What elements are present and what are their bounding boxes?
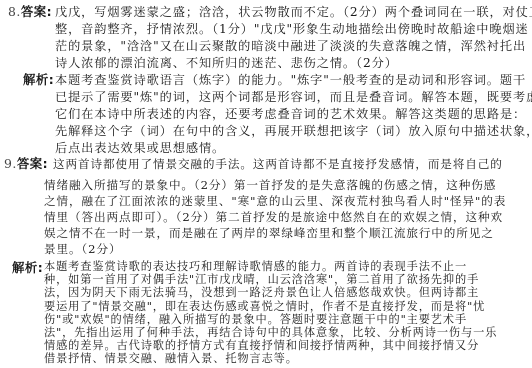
q8-analysis-line-1: 本题考查鉴赏诗歌语言（炼字）的能力。"炼字"一般考查的是动词和形容词。题干: [55, 72, 526, 88]
q9-analysis-line-2: 种，如第一首用了对偶手法"江市戊戊晴，山云浛浛寒"，第二首用了欲扬先抑的手: [44, 273, 479, 286]
q8-number: 8.: [8, 4, 21, 19]
q9-analysis-line-7: 情感的差异。古代诗歌的抒情方式有直接抒情和间接抒情两种，其中间接抒情又分: [44, 339, 479, 352]
q8-analysis-line-5: 后点出表达效果或思想感情。: [55, 140, 225, 156]
q8-answer-line-1: 戊戊，写烟雾迷蒙之盛；浛浛，状云物散而不定。（2分）两个叠词同在一联，对仗工: [55, 4, 532, 20]
answer-key-page: 8.答案: 戊戊，写烟雾迷蒙之盛；浛浛，状云物散而不定。（2分）两个叠词同在一联…: [0, 0, 532, 368]
q9-number: 9.: [4, 156, 17, 171]
q8-answer-line-2: 整，音韵整齐，抒情浓烈。（1分）"戊戊"形象生动地描绘出傍晚时故船途中晚烟迷: [55, 21, 529, 37]
q9-answer-line-5: 娱之情不在一时一景，而是融在了两岸的翠绿峰峦里和整个顺江流旅行中的所见之: [44, 225, 494, 241]
q8-answer-line-4: 诗人浓郁的漂泊流离、不知所归的迷茫、悲伤之情。（2分）: [55, 55, 398, 71]
q9-analysis-label: 解析:: [12, 260, 43, 276]
q8-analysis-label: 解析:: [23, 72, 54, 88]
q9-analysis-line-1: 本题考查鉴赏诗歌的表达技巧和理解诗歌情感的能力。两首诗的表现手法不止一: [44, 260, 467, 273]
q8-analysis-line-4: 先解释这个字（词）在句中的含义，再展开联想把该字（词）放入原句中描述状象，然: [55, 123, 532, 139]
q9-analysis-line-6: 法"，先指出运用了何种手法，再结合诗句中的具体意象，比较、分析两诗一伤与一乐: [44, 326, 497, 339]
q9-answer-line-2: 情绪融入所描写的景象中。（2分）第一首抒发的是失意落魄的伤感之情，这种伤感: [44, 177, 496, 193]
q8-analysis-line-2: 已提示了需要"炼"的词，这两个词都是形容词，而且是叠音词。解答本题，既要考虑: [55, 89, 532, 105]
q9-analysis-line-4: 要运用了"情景交融"，即在表达伤感或喜悦之情时，作者不是直接抒发，而是将"忧: [44, 300, 485, 313]
q9-analysis-line-8: 借景抒情、情景交融、融情入景、托物言志等。: [44, 352, 298, 365]
q9-answer-line-6: 景里。（2分）: [44, 241, 121, 257]
q8-answer-label: 8.答案:: [8, 4, 52, 20]
q9-answer-label: 9.答案:: [4, 156, 48, 172]
q9-answer-line-4: 情里（答出两点即可）。（2分）第二首抒发的是旅途中悠然自在的欢娱之情，这种欢: [44, 209, 503, 225]
q9-analysis-line-3: 法，因为阴天下雨无法骑马，没想到一路泛舟景色让人倍感悠哉欢快。但两诗都主: [44, 286, 479, 299]
q8-answer-line-3: 茫的景象，"浛浛"又在山云聚散的暗淡中融进了淡淡的失意落魄之情，浑然衬托出: [55, 38, 526, 54]
q9-answer-line-1: 这两首诗都使用了情景交融的手法。这两首诗都不是直接抒发感情，而是将自己的: [53, 156, 503, 172]
q8-analysis-line-3: 它们在本诗中所表述的内容，还要考虑叠音词的艺术效果。解答这类题的思路是：: [55, 106, 526, 122]
q9-analysis-line-5: 伤"或"欢娱"的情绪，融入所描写的景象中。答题时要注意题干中的"主要艺术手: [44, 313, 467, 326]
q9-answer-line-3: 之情，融在了江面浓浓的迷蒙里、"寒"意的山云里、深夜荒村独鸟看人时"怪异"的表: [44, 193, 506, 209]
